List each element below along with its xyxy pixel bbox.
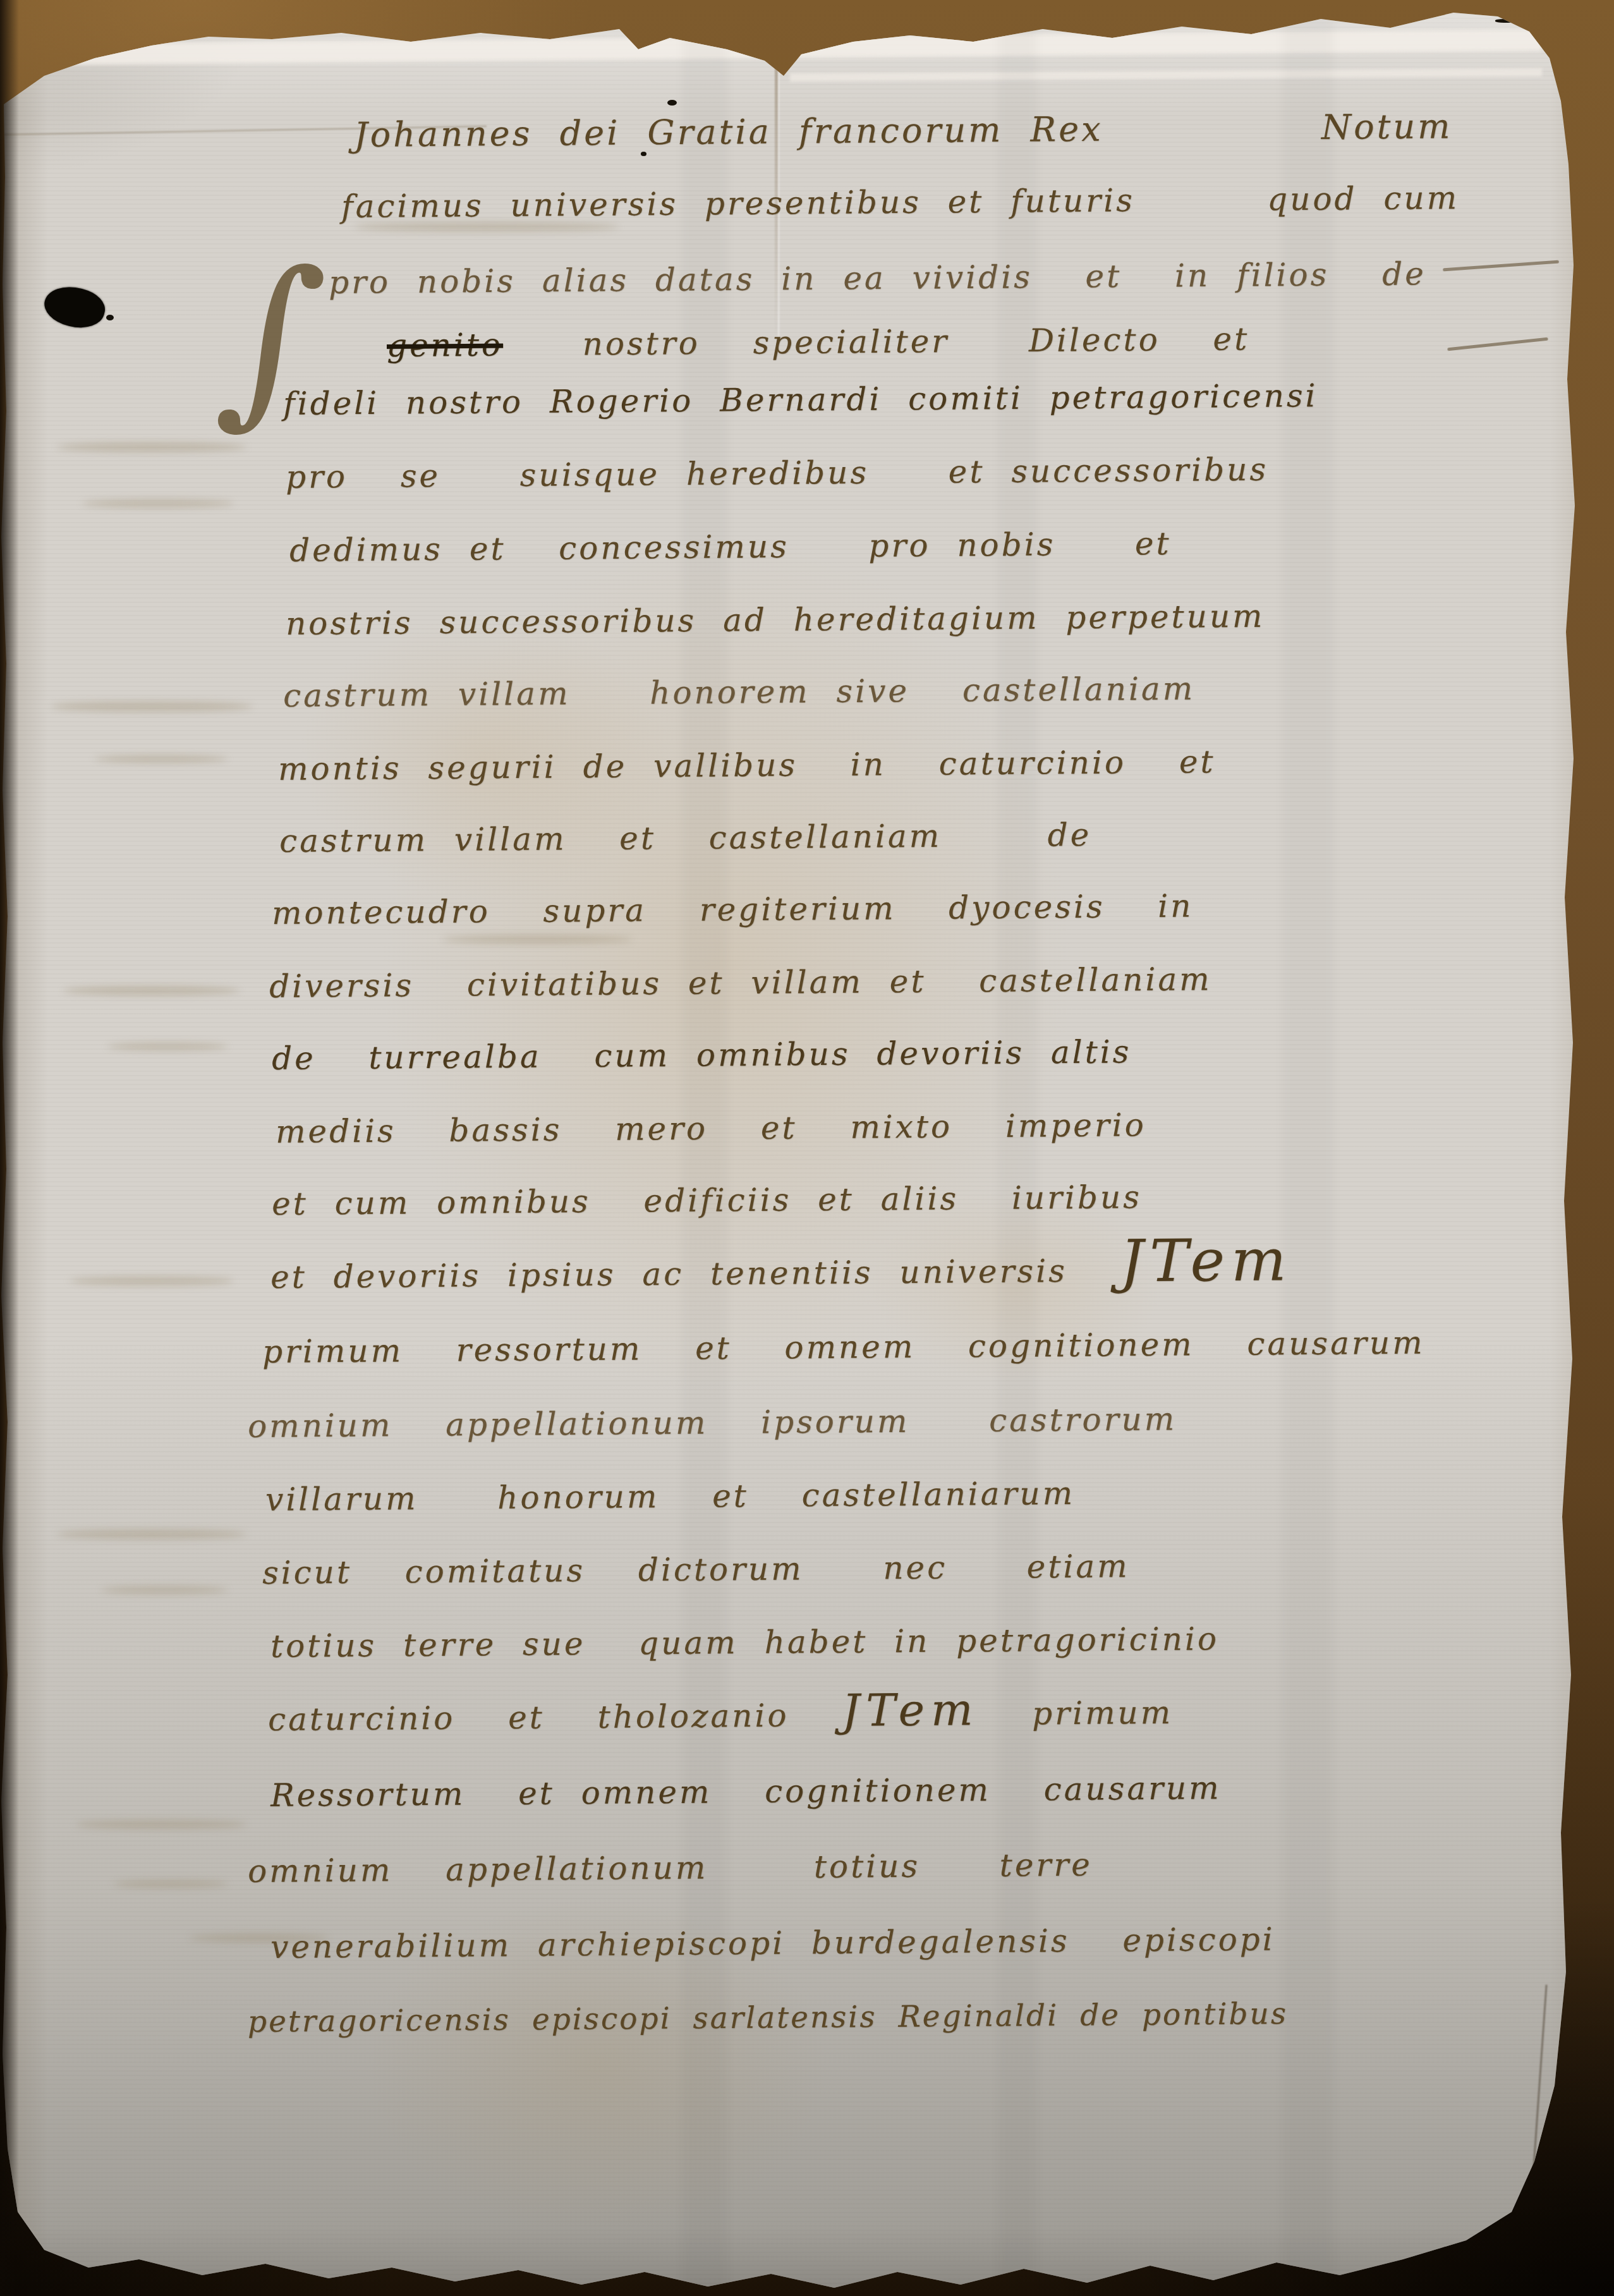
text-line: primum ressortum et omnem cognitionem ca… — [262, 1325, 1425, 1370]
text-line: venerabilium archiepiscopi burdegalensis… — [270, 1921, 1275, 1965]
text-line: dedimus et concessimus pro nobis et — [289, 525, 1172, 569]
handwriting: Ressortum et omnem cognitionem causarum — [270, 1770, 1222, 1814]
text-line: genito nostro specialiter Dilecto et — [387, 320, 1250, 364]
text-line: petragoricensis episcopi sarlatensis Reg… — [248, 1996, 1288, 2039]
handwriting: mediis bassis mero et mixto imperio — [276, 1107, 1146, 1150]
handwriting: villarum honorum et castellaniarum — [265, 1475, 1075, 1518]
handwriting: montis segurii de vallibus in caturcinio… — [278, 743, 1216, 787]
handwriting: pro nobis alias datas in ea vividis et i… — [329, 255, 1426, 301]
text-line: et cum omnibus edificiis et aliis iuribu… — [272, 1179, 1142, 1222]
text-line: de turrealba cum omnibus devoriis altis — [272, 1033, 1132, 1077]
handwriting: venerabilium archiepiscopi burdegalensis… — [270, 1921, 1275, 1965]
text-line: omnium appellationum ipsorum castrorum — [248, 1400, 1177, 1445]
text-line: caturcinio et tholozanio JTem primum — [268, 1694, 1174, 1738]
handwriting: diversis civitatibus et villam et castel… — [269, 961, 1212, 1005]
handwriting: facimus universis presentibus et futuris… — [341, 179, 1459, 225]
text-line: villarum honorum et castellaniarum — [265, 1475, 1075, 1518]
text-line: diversis civitatibus et villam et castel… — [269, 961, 1212, 1005]
handwritten-text-block: ∫ Johannes dei Gratia francorum Rex Notu… — [0, 0, 1614, 2296]
text-line: castrum villam honorem sive castellaniam — [283, 671, 1196, 714]
handwriting: primum ressortum et omnem cognitionem ca… — [262, 1325, 1425, 1370]
text-line: nostris successoribus ad hereditagium pe… — [286, 598, 1265, 642]
text-line: facimus universis presentibus et futuris… — [341, 179, 1459, 225]
handwriting: et devoriis ipsius ac tenentiis universi… — [270, 1252, 1120, 1296]
text-line: montecudro supra regiterium dyocesis in — [272, 888, 1194, 932]
text-line: castrum villam et castellaniam de — [279, 817, 1092, 859]
pen-flourish-swash: ∫ — [213, 240, 331, 439]
item-initial: JTem — [1120, 1226, 1293, 1295]
text-line: et devoriis ipsius ac tenentiis universi… — [270, 1251, 1293, 1296]
text-line: Ressortum et omnem cognitionem causarum — [270, 1770, 1222, 1814]
struck-word: genito — [387, 327, 503, 364]
handwriting: primum — [979, 1694, 1173, 1732]
text-line: Johannes dei Gratia francorum Rex Notum — [354, 106, 1453, 155]
handwriting: castrum villam honorem sive castellaniam — [283, 671, 1196, 714]
handwriting: castrum villam et castellaniam de — [279, 817, 1092, 859]
handwriting: petragoricensis episcopi sarlatensis Reg… — [248, 1996, 1288, 2039]
handwriting: omnium appellationum ipsorum castrorum — [248, 1400, 1177, 1445]
handwriting: montecudro supra regiterium dyocesis in — [272, 888, 1194, 932]
handwriting: fideli nostro Rogerio Bernardi comiti pe… — [283, 377, 1318, 422]
text-line: totius terre sue quam habet in petragori… — [270, 1620, 1219, 1665]
text-line: montis segurii de vallibus in caturcinio… — [278, 743, 1216, 787]
handwriting: pro se suisque heredibus et successoribu… — [286, 451, 1268, 495]
handwriting: sicut comitatus dictorum nec etiam — [262, 1548, 1130, 1591]
manuscript-photo: ∫ Johannes dei Gratia francorum Rex Notu… — [0, 0, 1614, 2296]
handwriting: nostris successoribus ad hereditagium pe… — [286, 598, 1265, 642]
text-line: mediis bassis mero et mixto imperio — [276, 1107, 1146, 1150]
handwriting: et cum omnibus edificiis et aliis iuribu… — [272, 1179, 1142, 1222]
text-line: sicut comitatus dictorum nec etiam — [262, 1548, 1130, 1591]
text-line: fideli nostro Rogerio Bernardi comiti pe… — [283, 377, 1318, 422]
text-line: pro se suisque heredibus et successoribu… — [286, 451, 1268, 495]
handwriting: de turrealba cum omnibus devoriis altis — [272, 1033, 1132, 1077]
item-initial: JTem — [842, 1684, 980, 1737]
handwriting: nostro specialiter Dilecto et — [503, 320, 1250, 363]
handwriting: Johannes dei Gratia francorum Rex Notum — [354, 106, 1453, 155]
handwriting: dedimus et concessimus pro nobis et — [289, 525, 1172, 569]
handwriting: omnium appellationum totius terre — [248, 1847, 1093, 1890]
handwriting: totius terre sue quam habet in petragori… — [270, 1620, 1219, 1665]
handwriting: caturcinio et tholozanio — [268, 1697, 842, 1738]
text-line: pro nobis alias datas in ea vividis et i… — [329, 255, 1426, 301]
text-line: omnium appellationum totius terre — [248, 1847, 1093, 1890]
